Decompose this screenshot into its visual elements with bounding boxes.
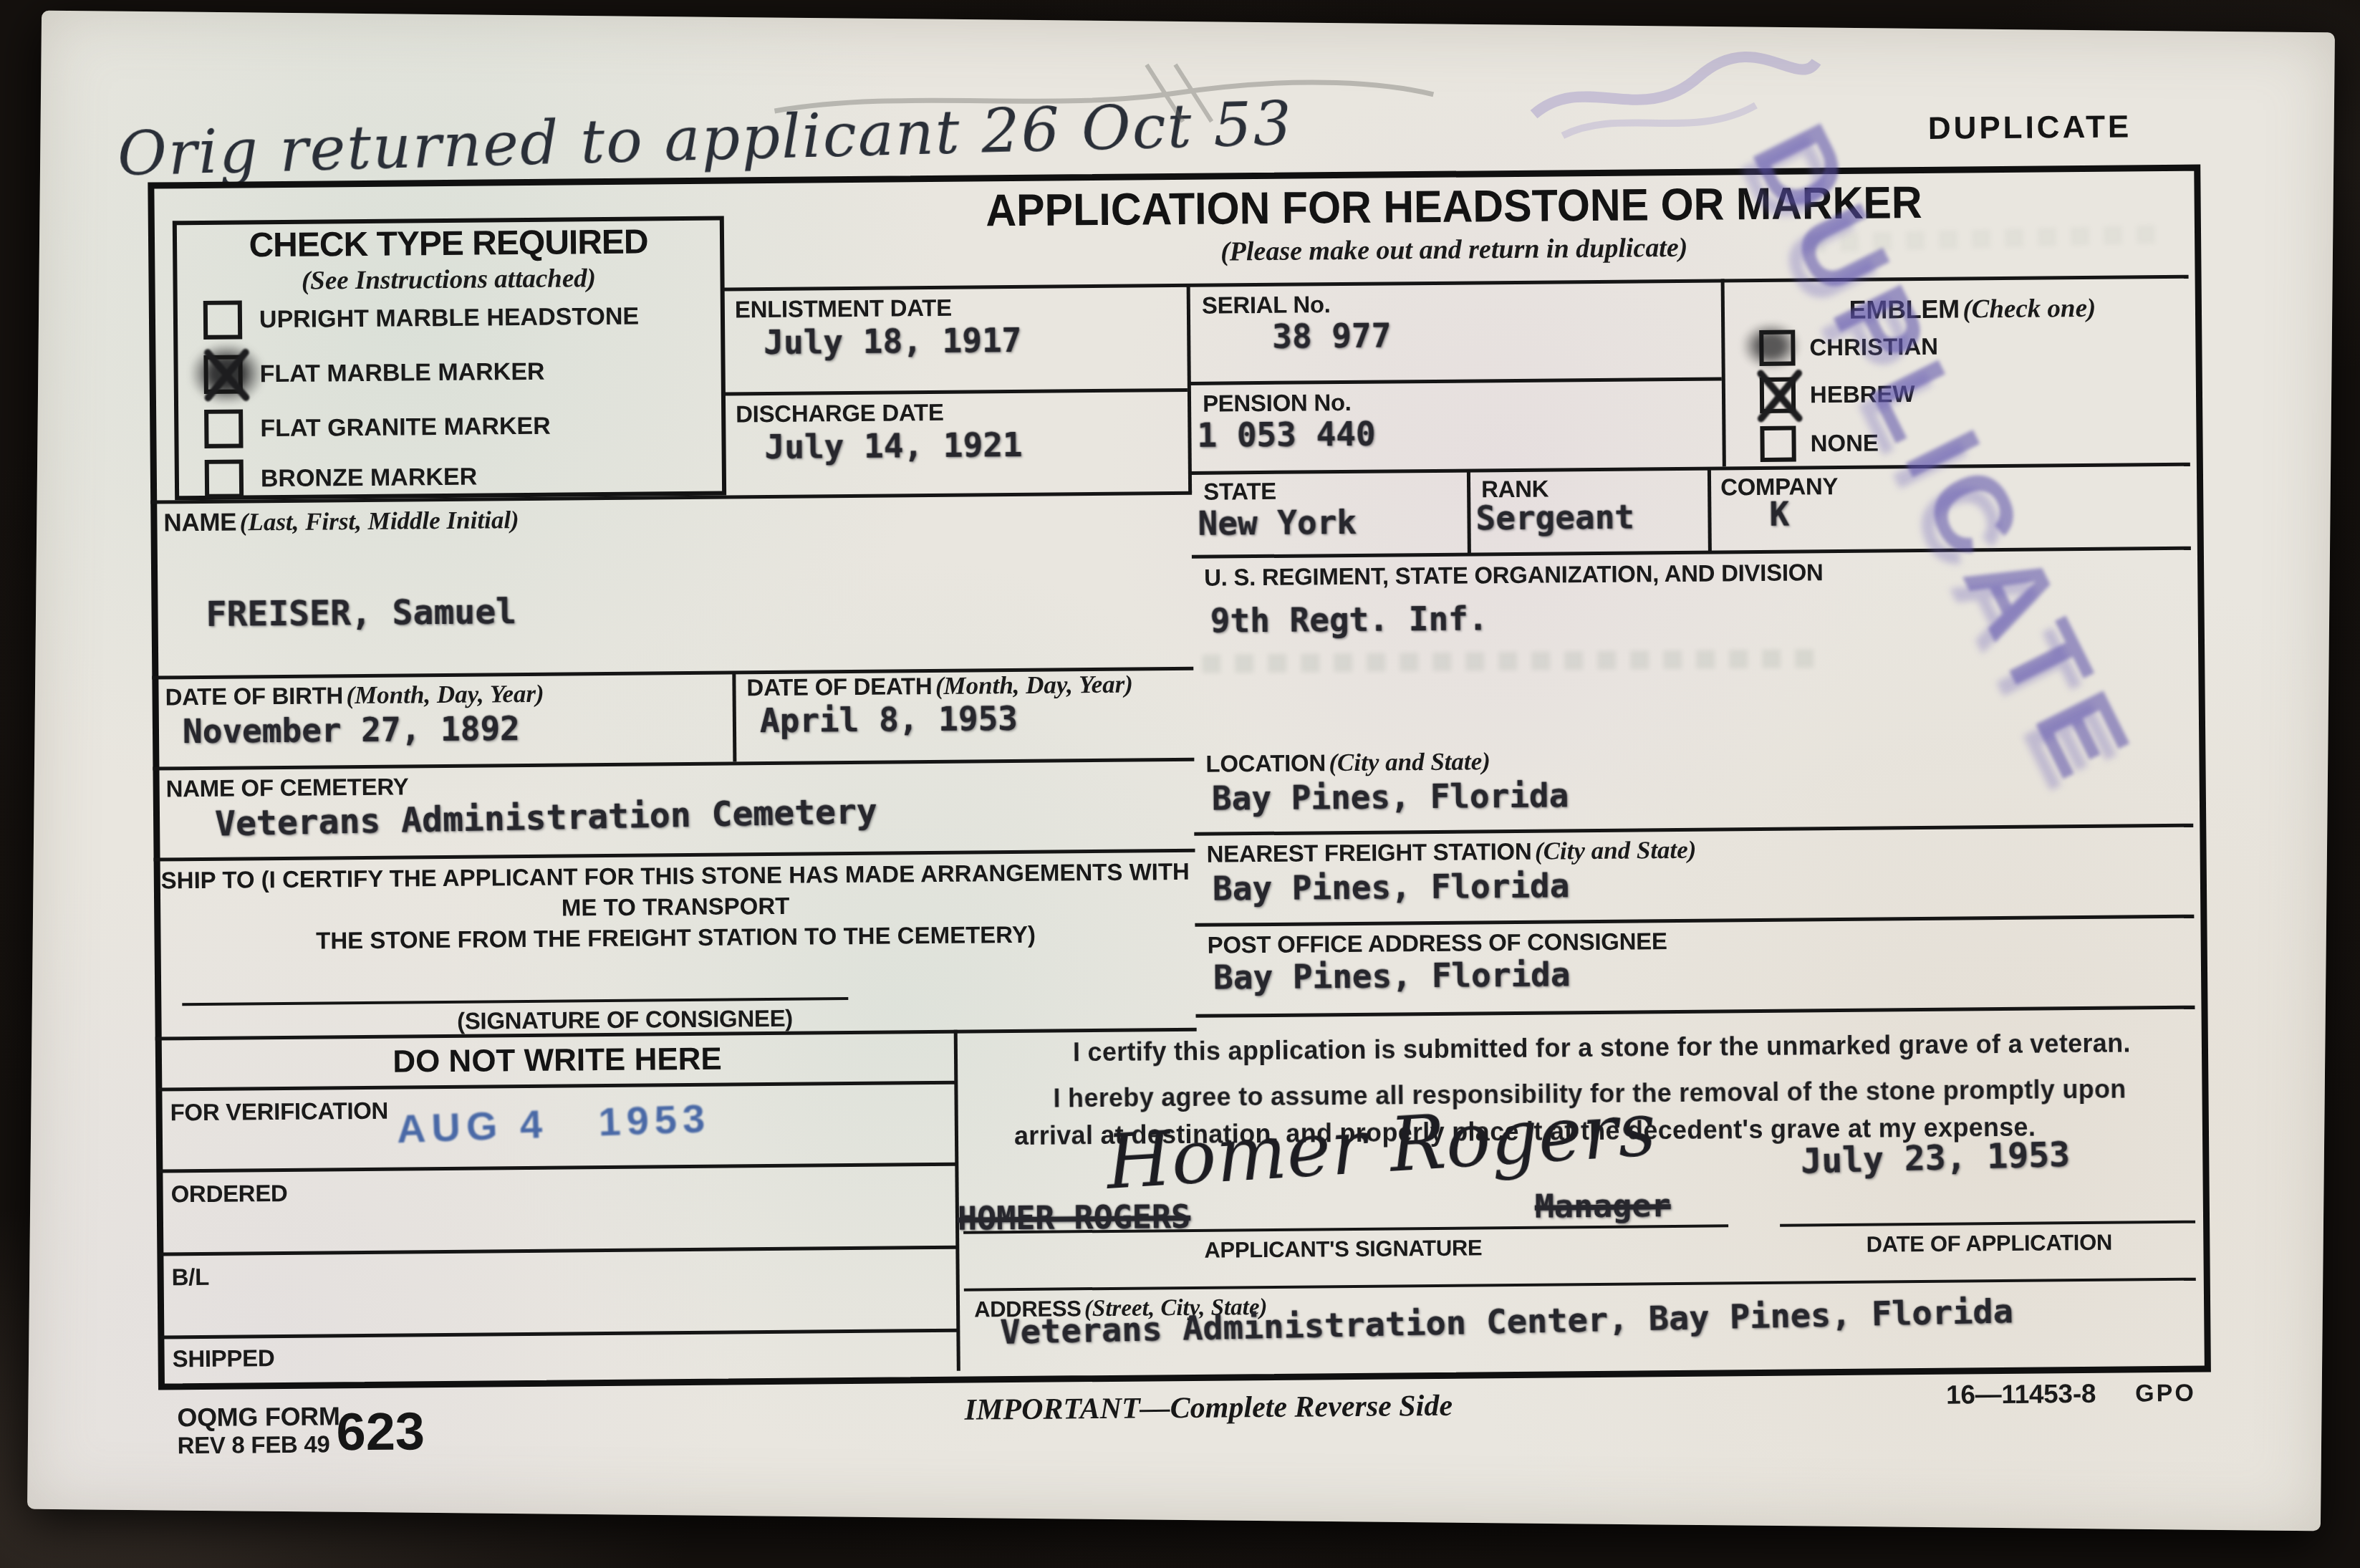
duplicate-corner-label: DUPLICATE <box>1928 109 2132 146</box>
rank-value: Sergeant <box>1475 500 1634 534</box>
name-label: NAME (Last, First, Middle Initial) <box>163 506 519 538</box>
regiment-label: U. S. REGIMENT, STATE ORGANIZATION, AND … <box>1204 559 1824 591</box>
checkbox-label: NONE <box>1810 429 1879 457</box>
dod-label-detail: (Month, Day, Year) <box>935 670 1133 700</box>
checkbox-label: BRONZE MARKER <box>261 463 478 493</box>
dod-label-text: DATE OF DEATH <box>746 673 932 701</box>
emblem-title-detail: (Check one) <box>1962 294 2096 324</box>
check-type-subtitle: (See Instructions attached) <box>173 264 724 297</box>
checkbox-label: FLAT GRANITE MARKER <box>260 412 551 443</box>
for-verification-label: FOR VERIFICATION <box>170 1097 388 1127</box>
checkbox-label: FLAT MARBLE MARKER <box>259 357 544 388</box>
freight-station-value: Bay Pines, Florida <box>1213 869 1570 905</box>
state-label: STATE <box>1203 478 1276 506</box>
date-of-birth-value: November 27, 1892 <box>183 712 520 748</box>
important-note: IMPORTANT—Complete Reverse Side <box>907 1388 1509 1428</box>
checkbox-row-bronze: BRONZE MARKER <box>205 458 478 499</box>
checkbox <box>205 459 244 498</box>
enlistment-date-label: ENLISTMENT DATE <box>735 294 952 324</box>
date-of-application-label: DATE OF APPLICATION <box>1796 1229 2182 1258</box>
company-value: K <box>1769 498 1789 531</box>
location-label-detail: (City and State) <box>1329 747 1490 776</box>
discharge-date-label: DISCHARGE DATE <box>736 399 944 428</box>
gpo-label: GPO <box>2135 1380 2196 1408</box>
post-office-label: POST OFFICE ADDRESS OF CONSIGNEE <box>1207 928 1667 959</box>
regiment-value: 9th Regt. Inf. <box>1210 602 1488 637</box>
serial-no-value: 38 977 <box>1272 319 1392 352</box>
emblem-row-none: NONE <box>1760 425 1879 461</box>
scanned-form-paper: Orig returned to applicant 26 Oct 53 DUP… <box>27 11 2335 1531</box>
form-revision: REV 8 FEB 49 <box>178 1431 341 1460</box>
checkbox-x-mark <box>196 346 254 404</box>
typed-signature-title: Manager <box>1535 1189 1671 1223</box>
name-label-text: NAME <box>163 509 236 537</box>
checkbox <box>1760 377 1796 413</box>
name-label-detail: (Last, First, Middle Initial) <box>240 506 519 536</box>
print-code: 16—11453-8 <box>1946 1379 2096 1410</box>
do-not-write-title: DO NOT WRITE HERE <box>160 1039 955 1082</box>
pension-no-value: 1 053 440 <box>1197 418 1376 452</box>
form-name: OQMG FORM <box>177 1401 340 1432</box>
dob-label-text: DATE OF BIRTH <box>165 682 343 710</box>
form-number: 623 <box>336 1400 425 1462</box>
purple-stamp-fragment <box>1519 26 1829 158</box>
checkbox-label: CHRISTIAN <box>1809 333 1938 362</box>
pencil-scribble <box>746 41 1448 140</box>
form-number-block: OQMG FORM REV 8 FEB 49 <box>177 1401 340 1459</box>
checkbox-label: UPRIGHT MARBLE HEADSTONE <box>259 302 639 334</box>
freight-station-label: NEAREST FREIGHT STATION (City and State) <box>1206 837 1696 868</box>
shipped-label: SHIPPED <box>172 1345 274 1372</box>
date-of-death-value: April 8, 1953 <box>760 702 1018 737</box>
date-of-birth-label: DATE OF BIRTH (Month, Day, Year) <box>165 680 544 711</box>
emblem-row-hebrew: HEBREW <box>1760 376 1915 413</box>
ink-smudge <box>1742 322 1800 369</box>
dob-label-detail: (Month, Day, Year) <box>346 680 544 709</box>
emblem-title: EMBLEM (Check one) <box>1736 292 2209 326</box>
state-value: New York <box>1198 506 1357 540</box>
checkbox-label: HEBREW <box>1810 380 1915 408</box>
location-label: LOCATION (City and State) <box>1205 748 1490 778</box>
ordered-label: ORDERED <box>170 1180 287 1208</box>
enlistment-date-value: July 18, 1917 <box>764 324 1021 359</box>
location-label-text: LOCATION <box>1205 749 1326 776</box>
checkbox <box>204 409 243 448</box>
check-type-title: CHECK TYPE REQUIRED <box>173 222 724 266</box>
applicant-signature-label: APPLICANT'S SIGNATURE <box>1035 1233 1651 1264</box>
form-sheet: Orig returned to applicant 26 Oct 53 DUP… <box>29 11 2335 1530</box>
emblem-title-text: EMBLEM <box>1849 294 1960 324</box>
name-value: FREISER, Samuel <box>206 595 516 632</box>
ship-to-line1: SHIP TO (I CERTIFY THE APPLICANT FOR THI… <box>160 857 1192 927</box>
checkbox <box>203 300 242 339</box>
location-value: Bay Pines, Florida <box>1212 779 1569 814</box>
checkbox-row-upright-marble: UPRIGHT MARBLE HEADSTONE <box>203 297 640 340</box>
freight-label-text: NEAREST FREIGHT STATION <box>1206 838 1531 867</box>
post-office-value: Bay Pines, Florida <box>1213 958 1571 994</box>
checkbox <box>1760 426 1796 462</box>
checkbox-row-flat-granite: FLAT GRANITE MARKER <box>204 407 551 448</box>
checkbox-row-flat-marble: FLAT MARBLE MARKER <box>203 352 544 394</box>
freight-label-detail: (City and State) <box>1535 836 1697 865</box>
ship-to-label: SHIP TO (I CERTIFY THE APPLICANT FOR THI… <box>160 857 1192 958</box>
checkbox-x-mark <box>1750 367 1808 425</box>
checkbox <box>203 355 242 393</box>
typed-application-date: July 23, 1953 <box>1801 1137 2071 1179</box>
serial-no-label: SERIAL No. <box>1202 291 1331 319</box>
pension-no-label: PENSION No. <box>1203 389 1352 418</box>
date-of-death-label: DATE OF DEATH (Month, Day, Year) <box>746 671 1133 702</box>
bl-label: B/L <box>171 1264 209 1291</box>
cemetery-label: NAME OF CEMETERY <box>166 773 409 802</box>
discharge-date-value: July 14, 1921 <box>764 428 1022 463</box>
